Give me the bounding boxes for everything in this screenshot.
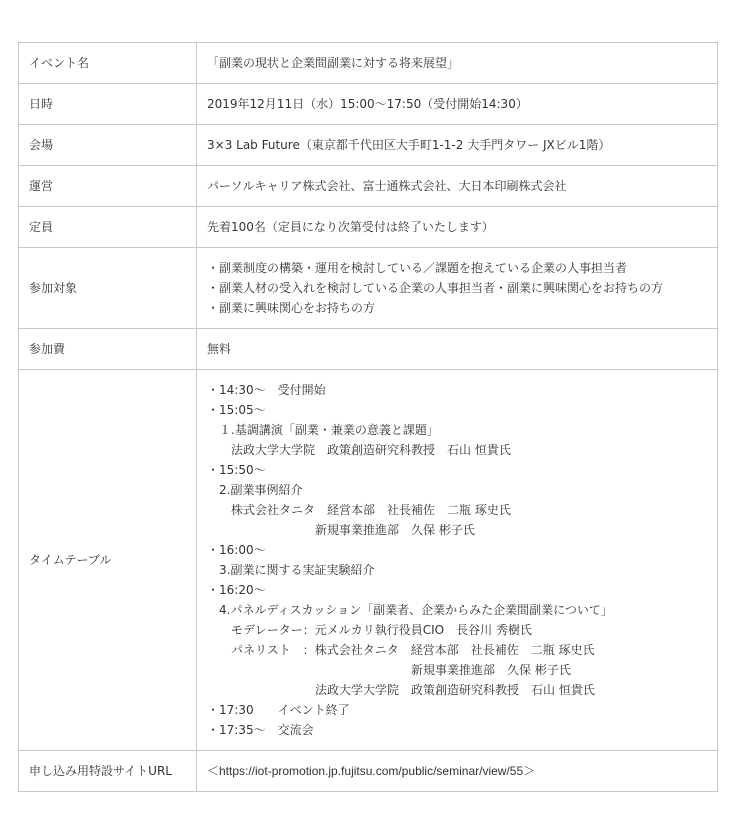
timetable-line: ・15:05〜 [207, 400, 707, 420]
timetable-line: 新規事業推進部 久保 彬子氏 [207, 520, 707, 540]
timetable-line: 株式会社タニタ 経営本部 社長補佐 二瓶 琢史氏 [207, 500, 707, 520]
timetable-line: ・15:50〜 [207, 460, 707, 480]
timetable-line: ・17:30 イベント終了 [207, 700, 707, 720]
row-organizer: 運営 パーソルキャリア株式会社、富士通株式会社、大日本印刷株式会社 [19, 166, 718, 207]
timetable-line: ・17:35〜 交流会 [207, 720, 707, 740]
timetable-line: パネリスト ：株式会社タニタ 経営本部 社長補佐 二瓶 琢史氏 [207, 640, 707, 660]
row-event-name: イベント名 「副業の現状と企業間副業に対する将来展望」 [19, 43, 718, 84]
value-venue: 3×3 Lab Future（東京都千代田区大手町1-1-2 大手門タワー JX… [197, 125, 718, 166]
value-timetable: ・14:30〜 受付開始 ・15:05〜 １.基調講演「副業・兼業の意義と課題」… [197, 370, 718, 751]
timetable-line: 2.副業事例紹介 [207, 480, 707, 500]
label-datetime: 日時 [19, 84, 197, 125]
timetable-line: モデレーター：元メルカリ執行役員CIO 長谷川 秀樹氏 [207, 620, 707, 640]
label-fee: 参加費 [19, 329, 197, 370]
event-info-table: イベント名 「副業の現状と企業間副業に対する将来展望」 日時 2019年12月1… [18, 42, 718, 792]
timetable-line: １.基調講演「副業・兼業の意義と課題」 [207, 420, 707, 440]
timetable-line: ・16:00〜 [207, 540, 707, 560]
label-target-audience: 参加対象 [19, 248, 197, 329]
row-venue: 会場 3×3 Lab Future（東京都千代田区大手町1-1-2 大手門タワー… [19, 125, 718, 166]
target-line: ・副業人材の受入れを検討している企業の人事担当者・副業に興味関心をお持ちの方 [207, 278, 707, 298]
value-target-audience: ・副業制度の構築・運用を検討している／課題を抱えている企業の人事担当者 ・副業人… [197, 248, 718, 329]
timetable-line: 4.パネルディスカッション「副業者、企業からみた企業間副業について」 [207, 600, 707, 620]
timetable-line: 法政大学大学院 政策創造研究科教授 石山 恒貴氏 [207, 680, 707, 700]
timetable-line: 3.副業に関する実証実験紹介 [207, 560, 707, 580]
timetable-line: 法政大学大学院 政策創造研究科教授 石山 恒貴氏 [207, 440, 707, 460]
label-capacity: 定員 [19, 207, 197, 248]
row-application-url: 申し込み用特設サイトURL ＜https://iot-promotion.jp.… [19, 751, 718, 792]
label-application-url: 申し込み用特設サイトURL [19, 751, 197, 792]
row-target-audience: 参加対象 ・副業制度の構築・運用を検討している／課題を抱えている企業の人事担当者… [19, 248, 718, 329]
application-url-link[interactable]: ＜https://iot-promotion.jp.fujitsu.com/pu… [207, 764, 535, 778]
value-fee: 無料 [197, 329, 718, 370]
target-line: ・副業制度の構築・運用を検討している／課題を抱えている企業の人事担当者 [207, 258, 707, 278]
row-timetable: タイムテーブル ・14:30〜 受付開始 ・15:05〜 １.基調講演「副業・兼… [19, 370, 718, 751]
row-datetime: 日時 2019年12月11日（水）15:00〜17:50（受付開始14:30） [19, 84, 718, 125]
target-line: ・副業に興味関心をお持ちの方 [207, 298, 707, 318]
row-capacity: 定員 先着100名（定員になり次第受付は終了いたします） [19, 207, 718, 248]
row-fee: 参加費 無料 [19, 329, 718, 370]
label-organizer: 運営 [19, 166, 197, 207]
label-timetable: タイムテーブル [19, 370, 197, 751]
timetable-line: 新規事業推進部 久保 彬子氏 [207, 660, 707, 680]
value-datetime: 2019年12月11日（水）15:00〜17:50（受付開始14:30） [197, 84, 718, 125]
value-application-url: ＜https://iot-promotion.jp.fujitsu.com/pu… [197, 751, 718, 792]
value-capacity: 先着100名（定員になり次第受付は終了いたします） [197, 207, 718, 248]
timetable-line: ・14:30〜 受付開始 [207, 380, 707, 400]
value-event-name: 「副業の現状と企業間副業に対する将来展望」 [197, 43, 718, 84]
value-organizer: パーソルキャリア株式会社、富士通株式会社、大日本印刷株式会社 [197, 166, 718, 207]
label-event-name: イベント名 [19, 43, 197, 84]
timetable-line: ・16:20〜 [207, 580, 707, 600]
label-venue: 会場 [19, 125, 197, 166]
